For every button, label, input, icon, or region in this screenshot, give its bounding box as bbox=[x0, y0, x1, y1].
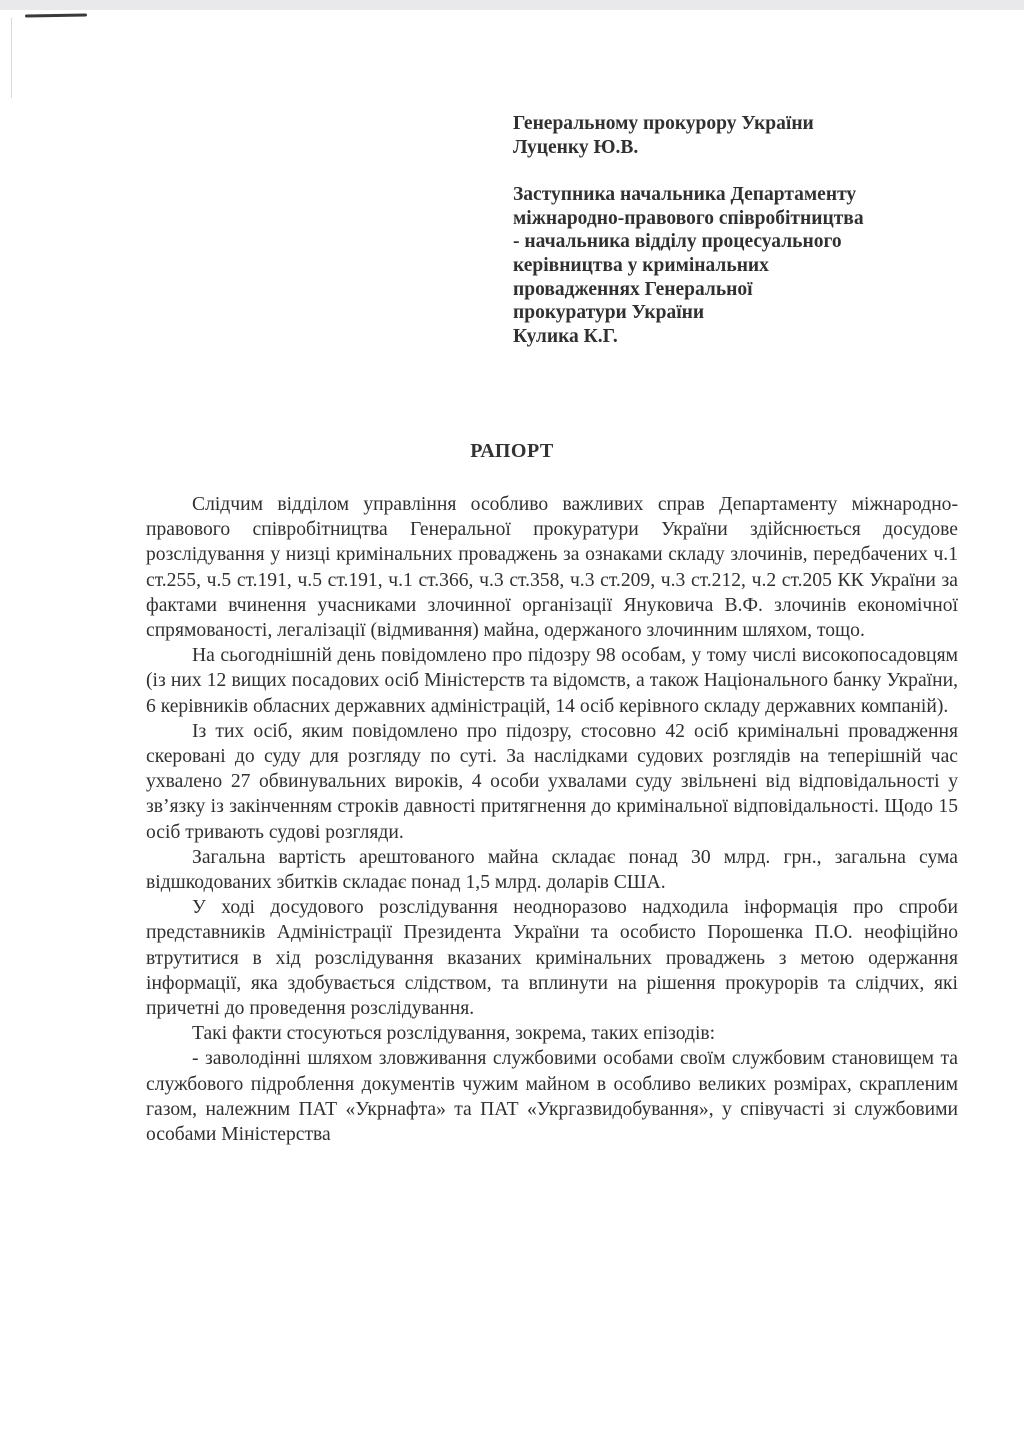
paragraph: Загальна вартість арештованого майна скл… bbox=[146, 845, 958, 895]
sender-line: - начальника відділу процесуального bbox=[513, 230, 973, 254]
sender-line: Заступника начальника Департаменту bbox=[513, 183, 973, 207]
sender-line: прокуратури України bbox=[513, 301, 973, 325]
paragraph: На сьогоднішній день повідомлено про під… bbox=[146, 643, 958, 719]
recipient-line: Генеральному прокурору України bbox=[513, 112, 973, 136]
recipient-line: Луценку Ю.В. bbox=[513, 136, 973, 160]
recipient: Генеральному прокурору України Луценку Ю… bbox=[513, 112, 973, 159]
sender-line: керівництва у кримінальних bbox=[513, 254, 973, 278]
paragraph: Слідчим відділом управління особливо важ… bbox=[146, 492, 958, 643]
paragraph: Такі факти стосуються розслідування, зок… bbox=[146, 1021, 958, 1046]
paragraph: Із тих осіб, яким повідомлено про підозр… bbox=[146, 719, 958, 845]
sender-line: провадженнях Генеральної bbox=[513, 278, 973, 302]
scan-top-border bbox=[0, 0, 1024, 10]
sender: Заступника начальника Департаменту міжна… bbox=[513, 183, 973, 348]
spacer bbox=[513, 159, 973, 183]
addressee-block: Генеральному прокурору України Луценку Ю… bbox=[513, 112, 973, 348]
paragraph: - заволодінні шляхом зловживання службов… bbox=[146, 1046, 958, 1147]
scan-artifact-mark bbox=[25, 13, 87, 17]
scan-artifact-edge bbox=[11, 18, 12, 98]
sender-line: міжнародно-правового співробітництва bbox=[513, 207, 973, 231]
document-title: РАПОРТ bbox=[0, 440, 1024, 463]
paragraph: У ході досудового розслідування неоднора… bbox=[146, 895, 958, 1021]
sender-line: Кулика К.Г. bbox=[513, 325, 973, 349]
document-body: Слідчим відділом управління особливо важ… bbox=[146, 492, 958, 1147]
